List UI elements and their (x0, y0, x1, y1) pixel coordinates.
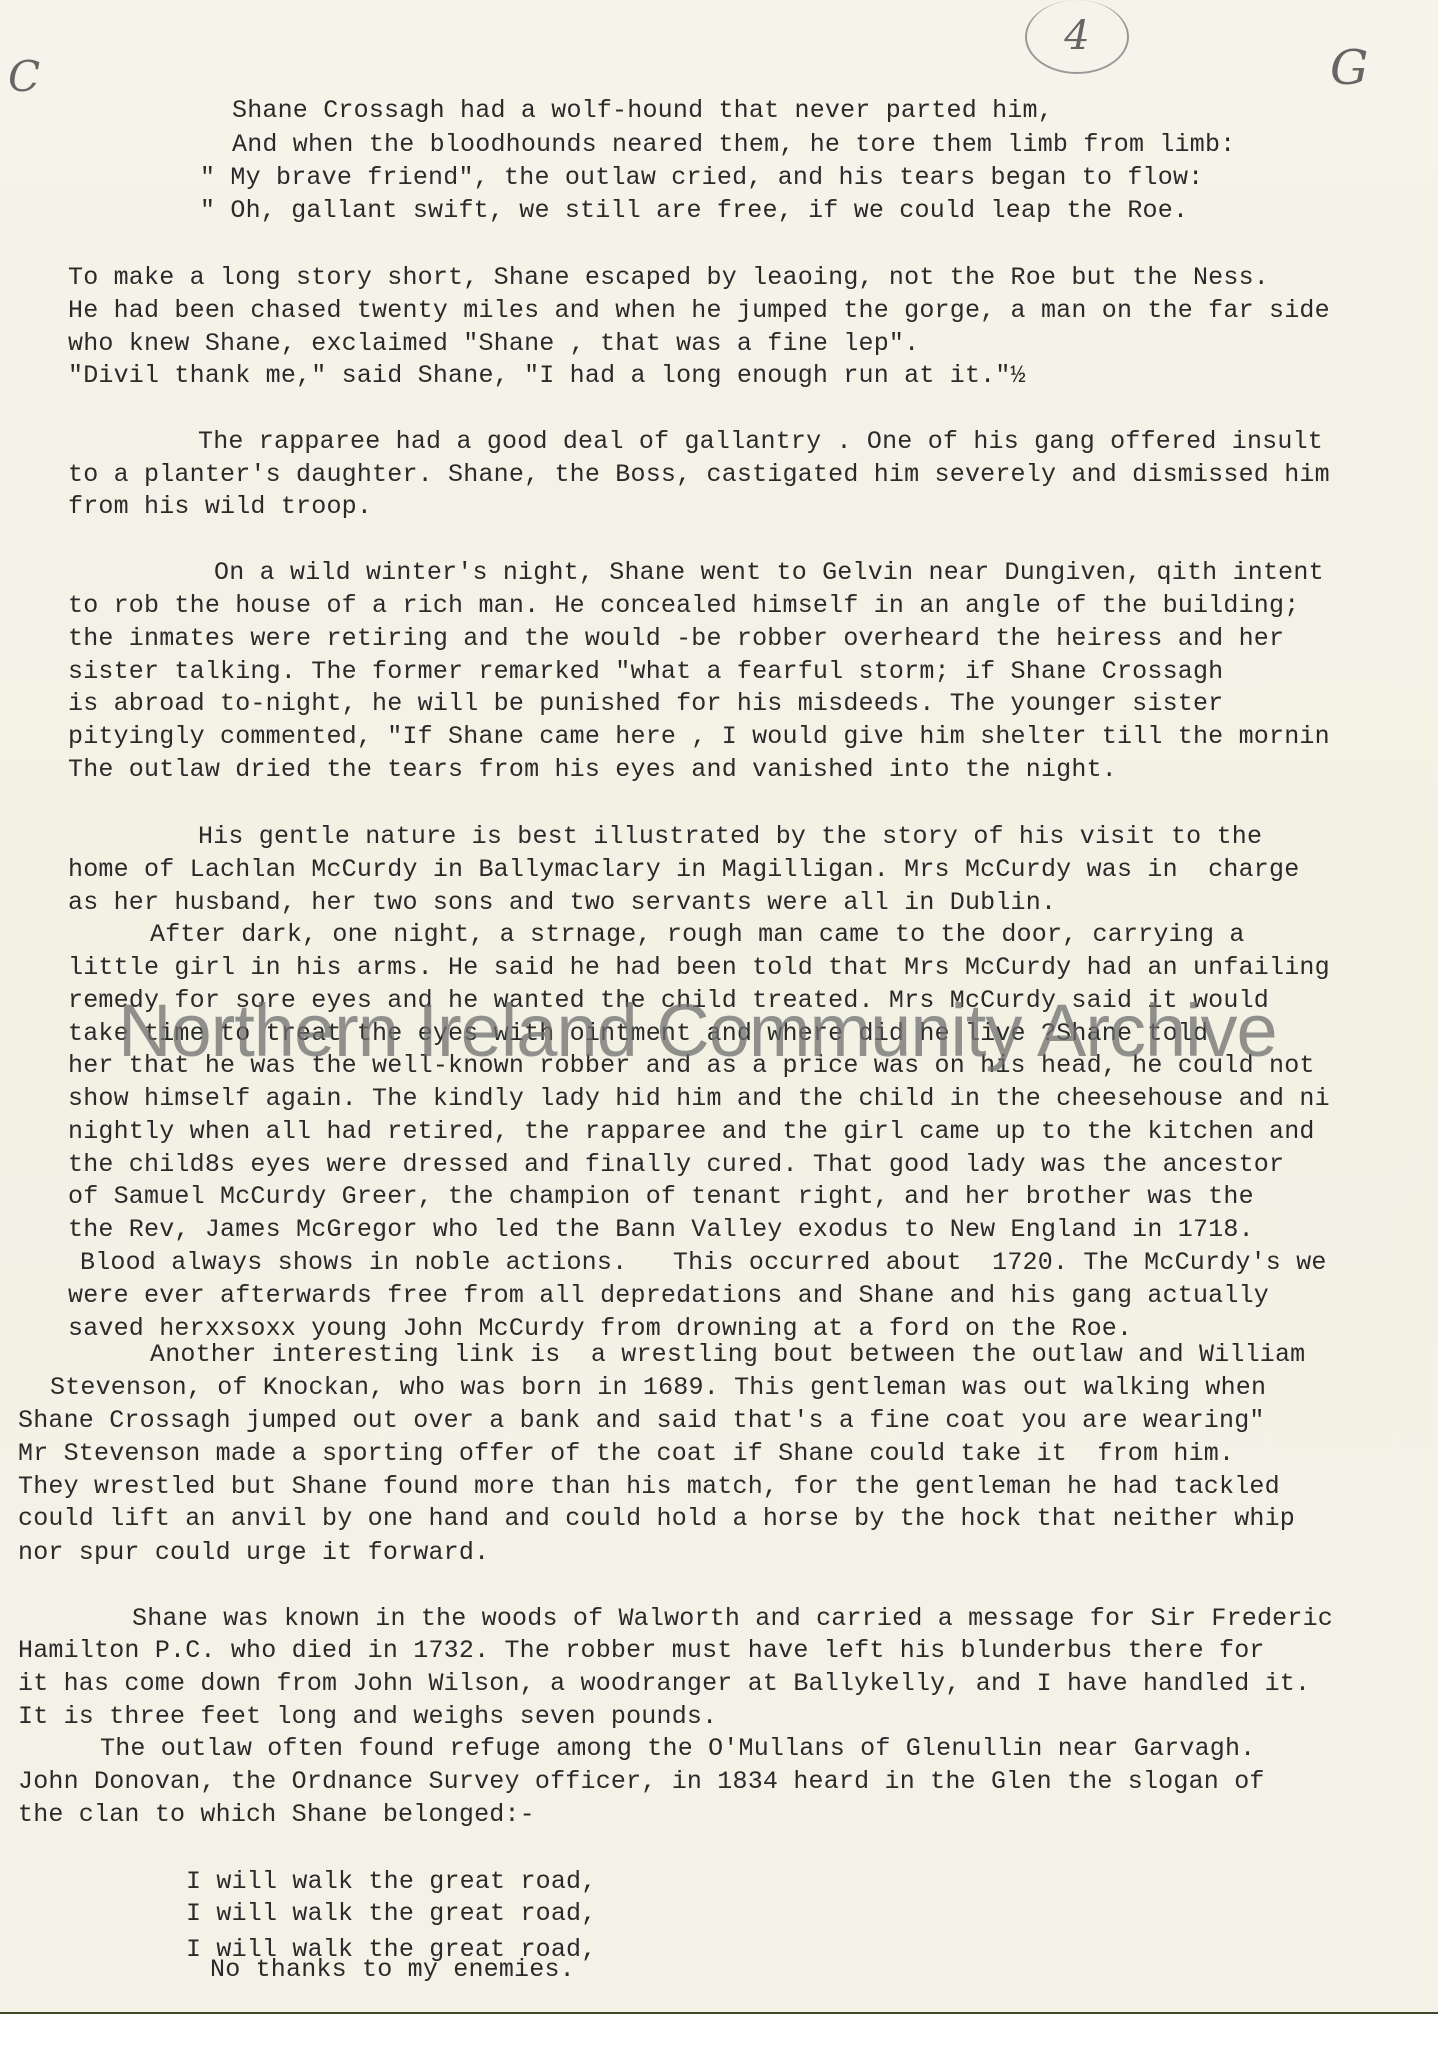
typed-document-page: C 4 G Shane Crossagh had a wolf-hound th… (0, 0, 1438, 2010)
document-line: pityingly commented, "If Shane came here… (68, 722, 1330, 752)
document-line: the child8s eyes were dressed and finall… (68, 1150, 1284, 1180)
document-line: On a wild winter's night, Shane went to … (214, 558, 1324, 588)
page-number: 4 (1064, 13, 1089, 59)
document-line: nor spur could urge it forward. (18, 1538, 489, 1568)
document-line: sister talking. The former remarked "wha… (68, 657, 1223, 687)
document-line: " Oh, gallant swift, we still are free, … (200, 196, 1188, 226)
document-line: Blood always shows in noble actions. Thi… (80, 1248, 1327, 1278)
document-line: could lift an anvil by one hand and coul… (18, 1504, 1295, 1534)
document-line: home of Lachlan McCurdy in Ballymaclary … (68, 855, 1299, 885)
document-line: The outlaw often found refuge among the … (100, 1734, 1255, 1764)
archive-watermark: Northern Ireland Community Archive (118, 988, 1277, 1073)
document-line: Another interesting link is a wrestling … (150, 1340, 1305, 1370)
document-line: John Donovan, the Ordnance Survey office… (18, 1767, 1265, 1797)
document-line: And when the bloodhounds neared them, he… (232, 130, 1235, 160)
document-line: To make a long story short, Shane escape… (68, 263, 1269, 293)
document-line: were ever afterwards free from all depre… (68, 1281, 1269, 1311)
document-line: Shane Crossagh had a wolf-hound that nev… (232, 96, 1053, 126)
document-line: to a planter's daughter. Shane, the Boss… (68, 460, 1330, 490)
document-line: is abroad to-night, he will be punished … (68, 689, 1223, 719)
document-line: Mr Stevenson made a sporting offer of th… (18, 1439, 1234, 1469)
document-line: It is three feet long and weighs seven p… (18, 1702, 717, 1732)
document-line: They wrestled but Shane found more than … (18, 1472, 1280, 1502)
page-bottom-edge (0, 2012, 1438, 2048)
document-line: I will walk the great road, (186, 1899, 596, 1929)
document-line: Shane Crossagh jumped out over a bank an… (18, 1406, 1265, 1436)
margin-mark-left: C (8, 52, 40, 101)
document-line: No thanks to my enemies. (210, 1955, 575, 1985)
document-line: "Divil thank me," said Shane, "I had a l… (68, 361, 1026, 391)
document-line: as her husband, her two sons and two ser… (68, 888, 1056, 918)
document-line: After dark, one night, a strnage, rough … (150, 920, 1245, 950)
document-line: who knew Shane, exclaimed "Shane , that … (68, 329, 919, 359)
document-line: " My brave friend", the outlaw cried, an… (200, 163, 1203, 193)
document-line: the inmates were retiring and the would … (68, 624, 1284, 654)
document-line: Stevenson, of Knockan, who was born in 1… (50, 1373, 1266, 1403)
document-line: Hamilton P.C. who died in 1732. The robb… (18, 1636, 1265, 1666)
document-line: it has come down from John Wilson, a woo… (18, 1669, 1310, 1699)
document-line: the Rev, James McGregor who led the Bann… (68, 1215, 1254, 1245)
document-line: His gentle nature is best illustrated by… (198, 822, 1262, 852)
document-line: The rapparee had a good deal of gallantr… (198, 427, 1323, 457)
document-line: little girl in his arms. He said he had … (68, 953, 1330, 983)
document-line: to rob the house of a rich man. He conce… (68, 591, 1299, 621)
document-line: from his wild troop. (68, 492, 372, 522)
margin-mark-right: G (1330, 40, 1368, 96)
document-line: nightly when all had retired, the rappar… (68, 1117, 1315, 1147)
document-line: Shane was known in the woods of Walworth… (132, 1604, 1333, 1634)
page-number-circled: 4 (1025, 0, 1129, 74)
document-line: the clan to which Shane belonged:- (18, 1800, 535, 1830)
document-line: of Samuel McCurdy Greer, the champion of… (68, 1182, 1254, 1212)
document-line: show himself again. The kindly lady hid … (68, 1084, 1330, 1114)
document-line: I will walk the great road, (186, 1867, 596, 1897)
document-line: The outlaw dried the tears from his eyes… (68, 755, 1117, 785)
document-line: He had been chased twenty miles and when… (68, 296, 1330, 326)
